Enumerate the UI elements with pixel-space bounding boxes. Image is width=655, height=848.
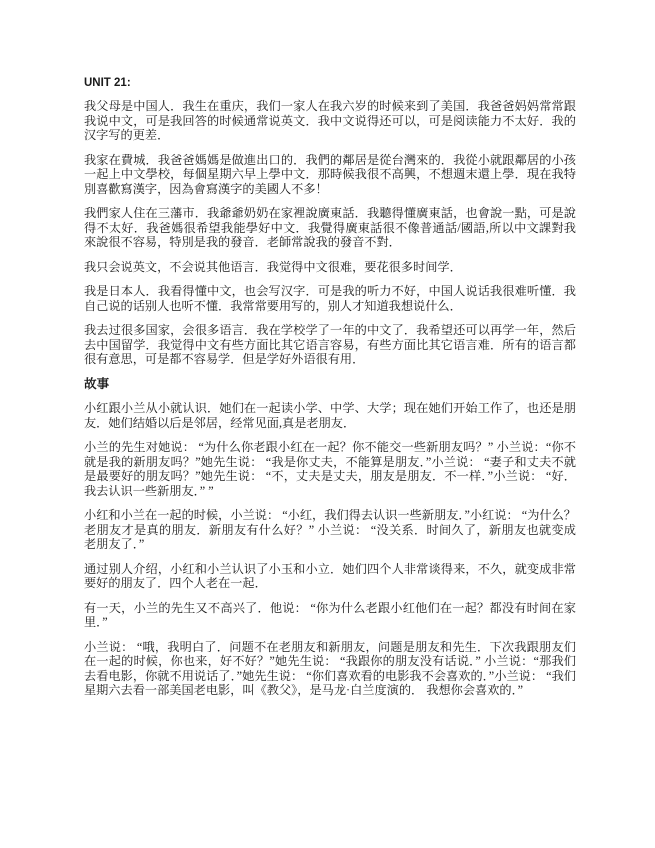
story-paragraph-3: 小红和小兰在一起的时候，小兰说： “小红，我们得去认识一些新朋友．”小红说： “… [84,508,576,552]
intro-paragraph-2: 我家在費城．我爸爸媽媽是做進出口的．我們的鄰居是從台灣來的．我從小就跟鄰居的小孩… [84,153,576,197]
unit-title: UNIT 21: [84,76,576,90]
story-paragraph-5: 有一天，小兰的先生又不高兴了．他说： “你为什么老跟小红他们在一起？都没有时间在… [84,601,576,630]
intro-paragraph-4: 我只会说英文，不会说其他语言．我觉得中文很难，要花很多时间学． [84,260,576,275]
story-paragraph-4: 通过别人介绍，小红和小兰认识了小玉和小立．她们四个人非常谈得来，不久，就变成非常… [84,562,576,591]
document-page: UNIT 21: 我父母是中国人．我生在重庆，我们一家人在我六岁的时候来到了美国… [0,0,655,848]
story-paragraph-2: 小兰的先生对她说： “为什么你老跟小红在一起？你不能交一些新朋友吗？” 小兰说：… [84,440,576,498]
intro-paragraph-3: 我們家人住在三藩市．我爺爺奶奶在家裡說廣東話．我聽得懂廣東話，也會說一點，可是說… [84,206,576,250]
story-paragraph-1: 小红跟小兰从小就认识．她们在一起读小学、中学、大学；现在她们开始工作了，也还是朋… [84,401,576,430]
document-content: UNIT 21: 我父母是中国人．我生在重庆，我们一家人在我六岁的时候来到了美国… [84,76,576,708]
section-heading-story: 故事 [84,377,576,392]
story-paragraph-6: 小兰说： “哦，我明白了．问题不在老朋友和新朋友，问题是朋友和先生．下次我跟朋友… [84,640,576,698]
intro-paragraph-1: 我父母是中国人．我生在重庆，我们一家人在我六岁的时候来到了美国．我爸爸妈妈常常跟… [84,99,576,143]
intro-paragraph-6: 我去过很多国家，会很多语言．我在学校学了一年的中文了．我希望还可以再学一年，然后… [84,323,576,367]
intro-paragraph-5: 我是日本人．我看得懂中文，也会写汉字．可是我的听力不好，中国人说话我很难听懂．我… [84,284,576,313]
